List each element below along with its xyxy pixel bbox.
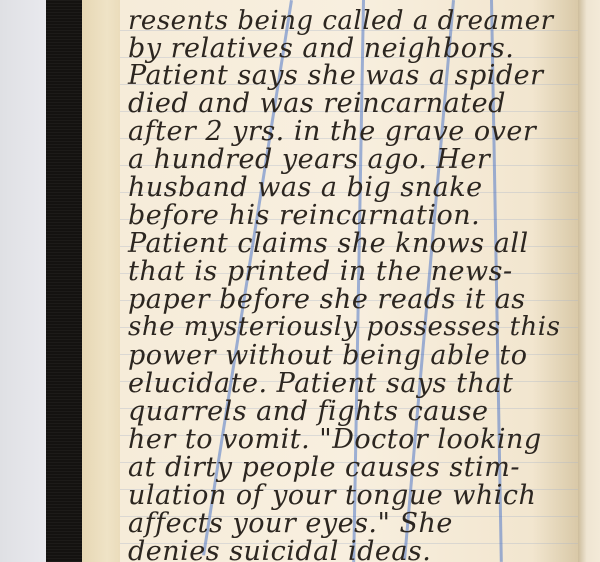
text-line: before his reincarnation.: [128, 200, 480, 231]
text-line: her to vomit. "Doctor looking: [128, 424, 542, 455]
text-line: she mysteriously possesses this: [128, 312, 560, 343]
text-line: Patient says she was a spider: [128, 60, 544, 91]
text-line: that is printed in the news-: [128, 256, 513, 287]
text-line: quarrels and fights cause: [128, 396, 489, 427]
text-line: Patient claims she knows all: [128, 228, 529, 259]
text-line: died and was reincarnated: [128, 88, 506, 119]
page-edge: [82, 0, 124, 562]
text-line: a hundred years ago. Her: [128, 144, 490, 175]
text-line: at dirty people causes stim-: [128, 452, 520, 483]
text-line: elucidate. Patient says that: [128, 368, 513, 399]
text-line: husband was a big snake: [128, 172, 483, 203]
text-line: paper before she reads it as: [128, 284, 526, 315]
text-line: affects your eyes." She: [128, 508, 453, 539]
text-line: denies suicidal ideas.: [128, 536, 431, 562]
text-line: after 2 yrs. in the grave over: [128, 116, 536, 147]
text-line: power without being able to: [128, 340, 528, 371]
text-line: ulation of your tongue which: [128, 480, 536, 511]
facing-page-edge: [578, 0, 600, 562]
notebook-spine: [46, 0, 82, 562]
background-surface: [0, 0, 46, 562]
